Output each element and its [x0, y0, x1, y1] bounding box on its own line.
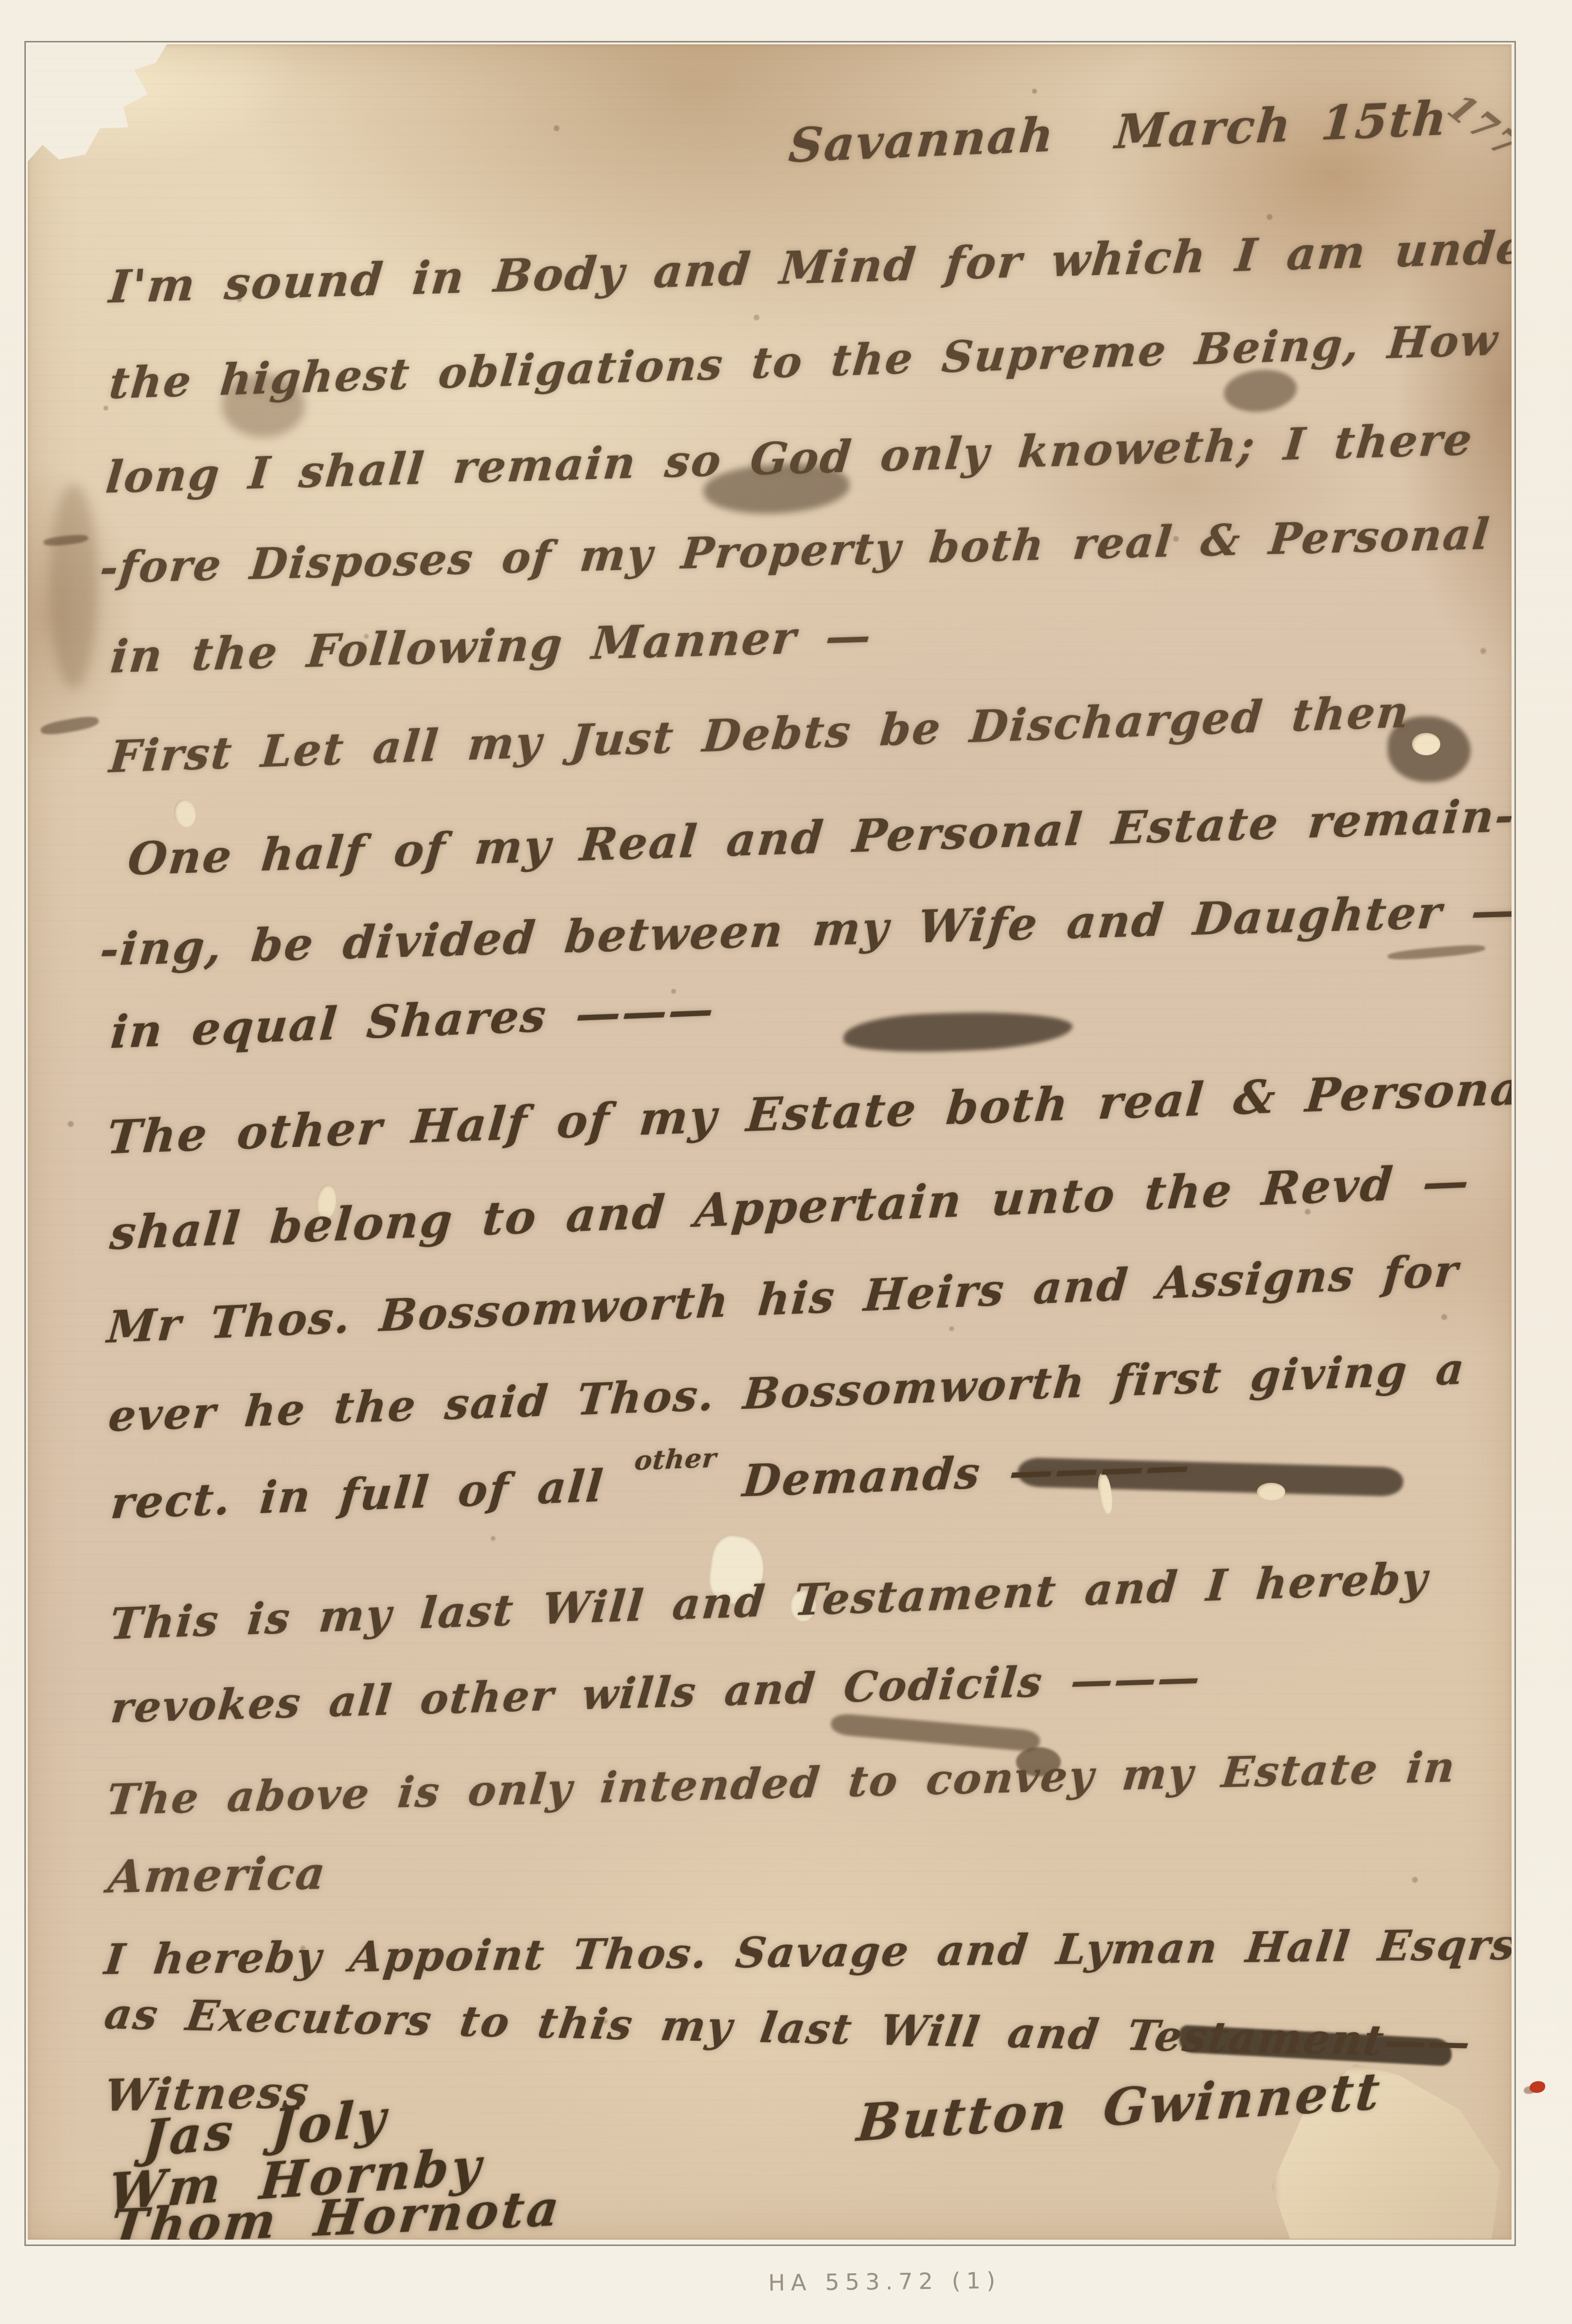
manuscript-line: revokes all other wills and Codicils ———: [109, 1653, 1204, 1733]
wax-seal-mark: [1530, 2081, 1545, 2093]
ink-dash: [43, 533, 88, 547]
manuscript-line: The other Half of my Estate both real & …: [105, 1061, 1512, 1164]
torn-corner: [28, 44, 174, 166]
catalog-number: HA 553.72 (1): [768, 2267, 1001, 2296]
dateline-place: Savannah: [787, 107, 1057, 173]
dateline: Savannah March 15th1777: [787, 86, 1512, 174]
manuscript-line: the highest obligations to the Supreme B…: [107, 314, 1501, 409]
manuscript-line: in equal Shares ———: [109, 983, 717, 1059]
manuscript-line: First Let all my Just Debts be Discharge…: [107, 686, 1412, 783]
dateline-date: March 15th: [1113, 90, 1450, 159]
manuscript-line: One half of my Real and Personal Estate …: [126, 789, 1512, 886]
manuscript-line: rect. in full of all other Demands ————: [109, 1439, 1193, 1529]
paper-hole: [1412, 733, 1440, 755]
manuscript-line: I hereby Appoint Thos. Savage and Lyman …: [102, 1920, 1512, 1984]
manuscript-line: -fore Disposes of my Property both real …: [98, 508, 1492, 593]
manuscript-line: This is my last Will and Testament and I…: [108, 1553, 1431, 1650]
manuscript-line: shall belong to and Appertain unto the R…: [108, 1154, 1472, 1260]
ink-smear: [843, 1009, 1073, 1055]
manuscript-line: -ing, be divided between my Wife and Dau…: [98, 884, 1512, 976]
manuscript-line: as Executors to this my last Will and Te…: [101, 1989, 1475, 2067]
manuscript-line: Mr Thos. Bossomworth his Heirs and Assig…: [105, 1245, 1461, 1354]
manuscript-line: in the Following Manner —: [108, 609, 875, 683]
ink-dash: [1388, 943, 1486, 961]
manuscript-line: long I shall remain so God only knoweth;…: [104, 414, 1476, 504]
ink-blot: [1222, 366, 1299, 415]
ink-dash: [830, 1713, 1041, 1752]
inserted-word: other: [633, 1442, 718, 1476]
mat-background: Savannah March 15th1777 I'm sound in Bod…: [0, 0, 1572, 2324]
manuscript-line: America: [105, 1847, 329, 1903]
manuscript-line: I'm sound in Body and Mind for which I a…: [107, 220, 1512, 314]
manuscript-line: The above is only intended to convey my …: [104, 1742, 1458, 1825]
ink-dash: [40, 714, 100, 737]
paper-hole: [1257, 1483, 1285, 1500]
paper-hole: [172, 798, 198, 829]
dateline-year: 1777: [1440, 85, 1512, 185]
manuscript-paper: Savannah March 15th1777 I'm sound in Bod…: [28, 44, 1512, 2240]
stain-streak: [49, 484, 98, 689]
manuscript-line: ever he the said Thos. Bossomworth first…: [106, 1343, 1468, 1441]
